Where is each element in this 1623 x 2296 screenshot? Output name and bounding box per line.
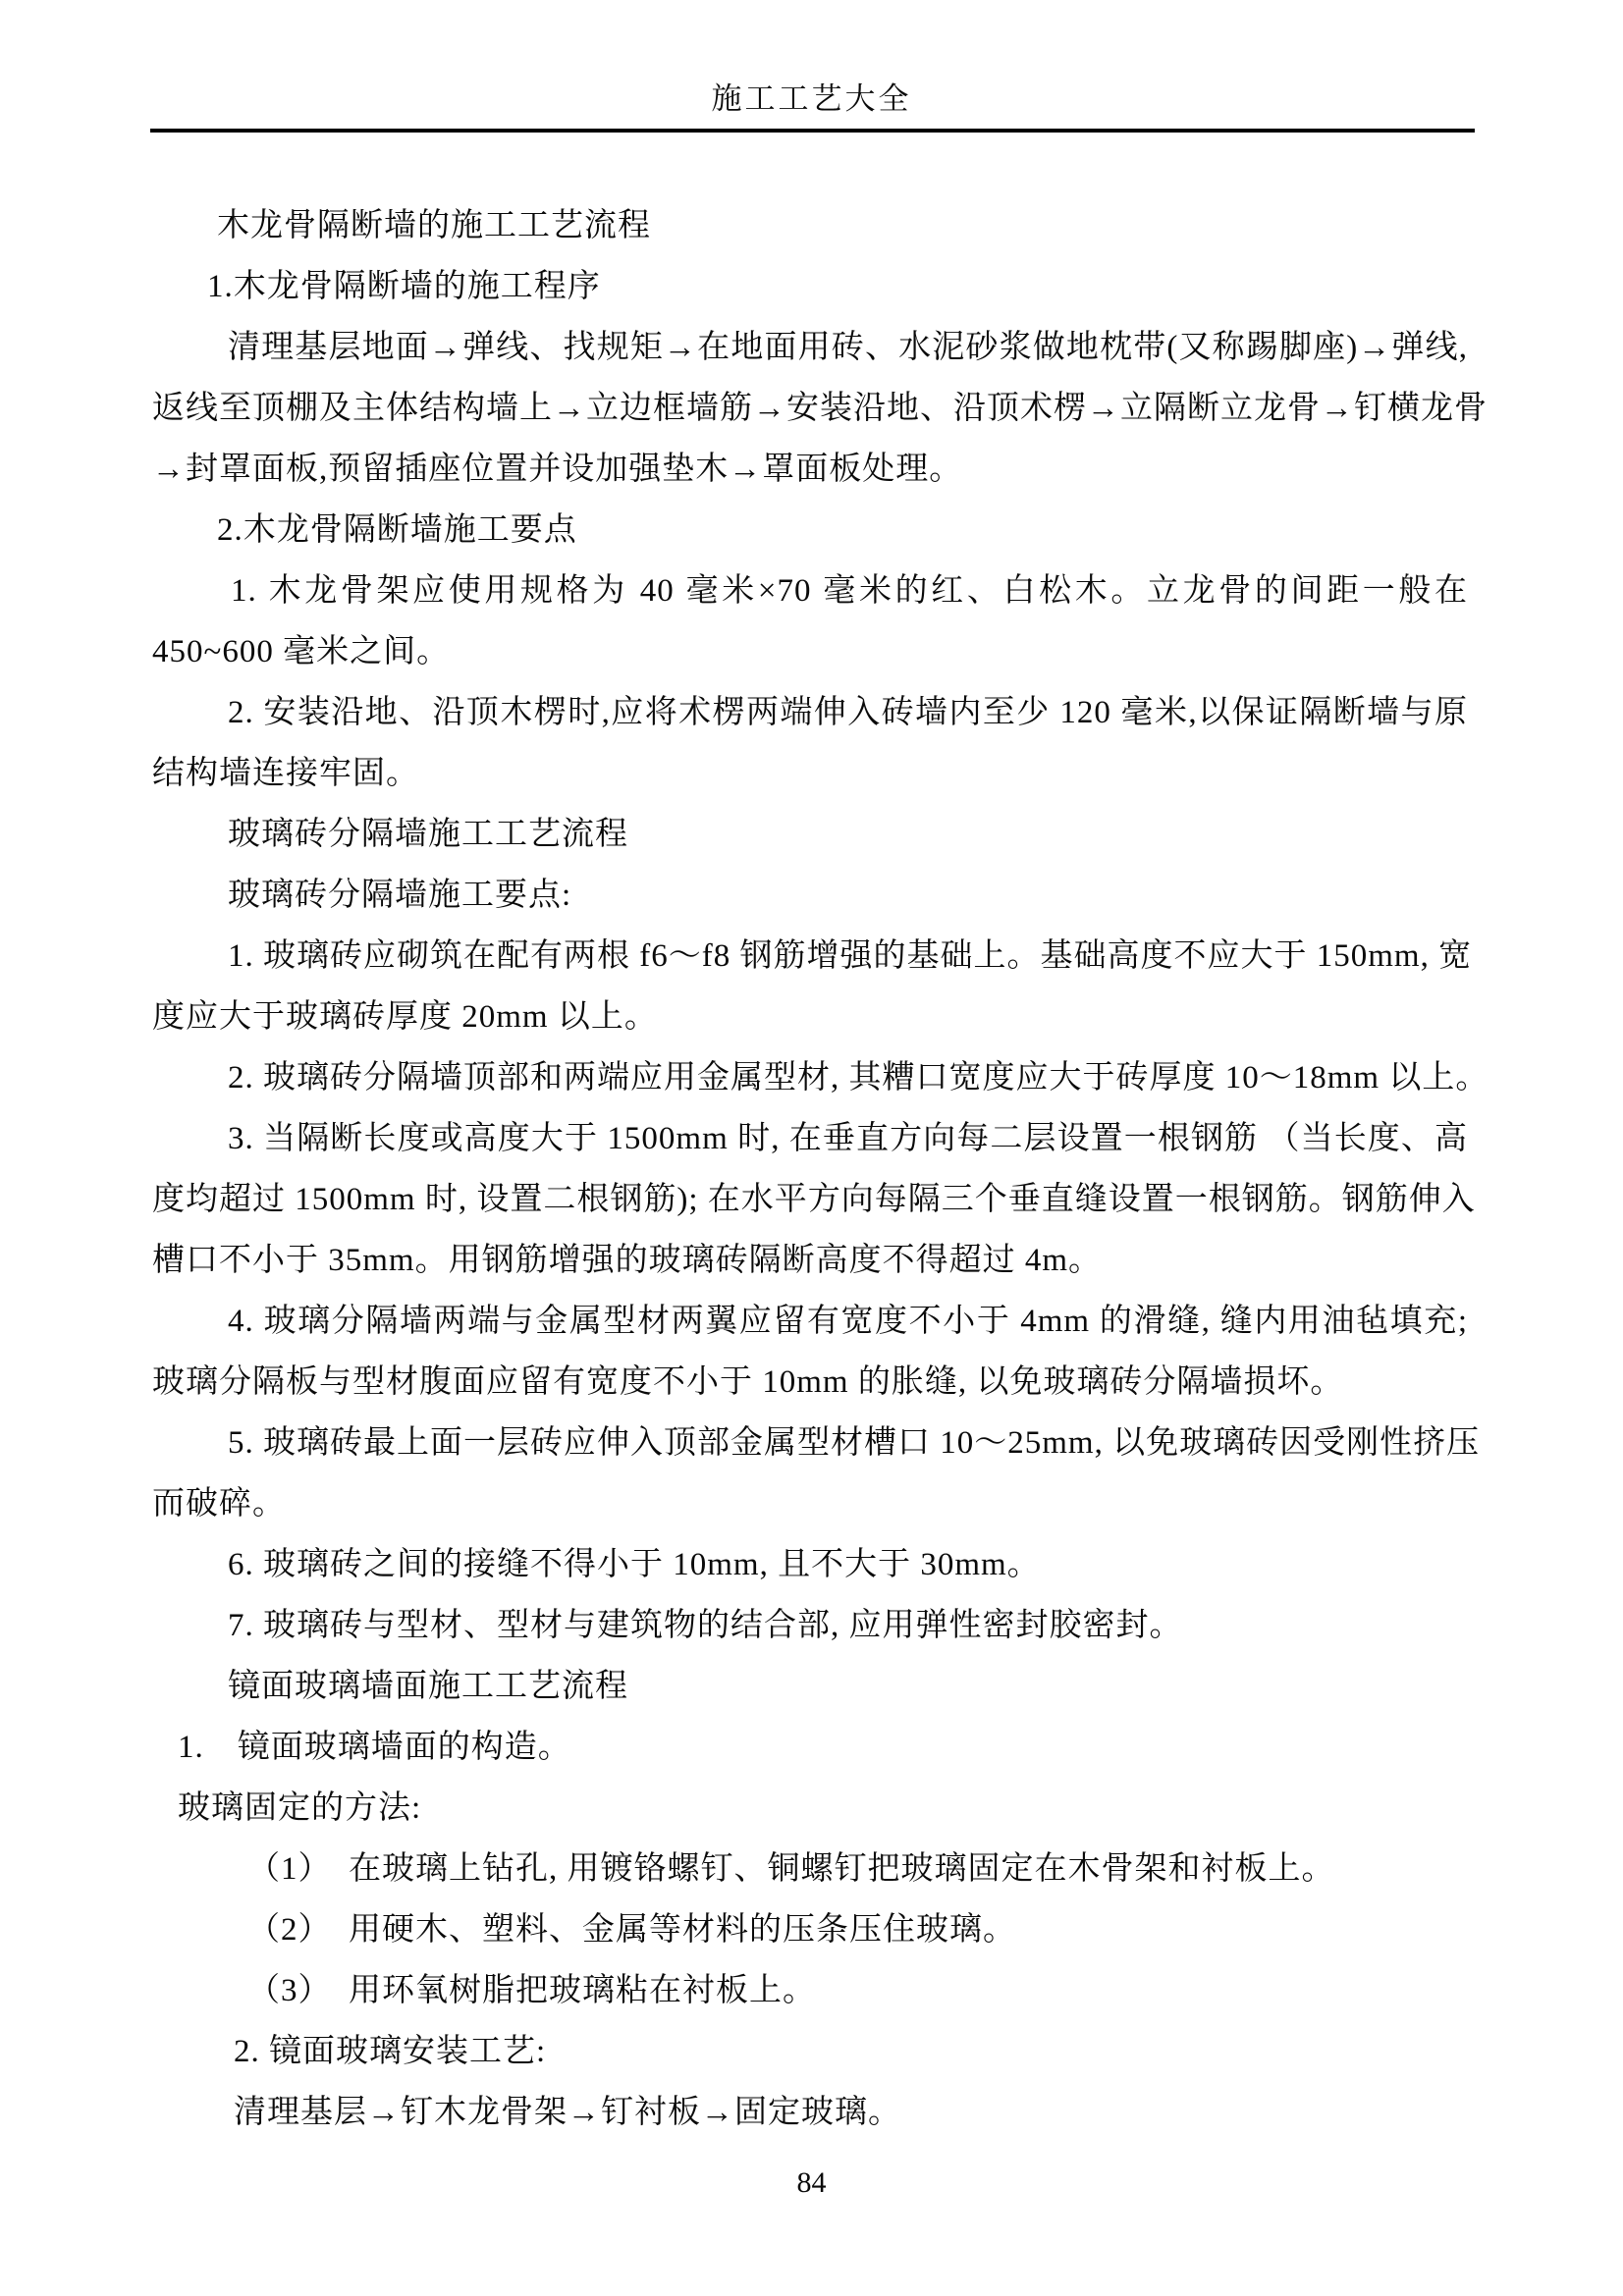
text-line: 1. 镜面玻璃墙面的构造。	[152, 1717, 1468, 1778]
text-line: 3. 当隔断长度或高度大于 1500mm 时, 在垂直方向每二层设置一根钢筋 （…	[152, 1108, 1468, 1169]
text-line: 度应大于玻璃砖厚度 20mm 以上。	[152, 987, 1468, 1047]
text-line: 玻璃砖分隔墙施工要点:	[152, 865, 1468, 926]
text-line: 清理基层→钉木龙骨架→钉衬板→固定玻璃。	[152, 2082, 1468, 2143]
text-line: 450~600 毫米之间。	[152, 621, 1468, 682]
text-line: 结构墙连接牢固。	[152, 743, 1468, 804]
text-line: 1. 木龙骨架应使用规格为 40 毫米×70 毫米的红、白松木。立龙骨的间距一般…	[152, 561, 1468, 621]
header-rule	[150, 129, 1475, 133]
text-line: （2） 用硬木、塑料、金属等材料的压条压住玻璃。	[152, 1899, 1468, 1960]
text-line: 2.木龙骨隔断墙施工要点	[152, 500, 1468, 561]
text-line: （1） 在玻璃上钻孔, 用镀铬螺钉、铜螺钉把玻璃固定在木骨架和衬板上。	[152, 1839, 1468, 1899]
text-line: 2. 安装沿地、沿顶木楞时,应将术楞两端伸入砖墙内至少 120 毫米,以保证隔断…	[152, 682, 1468, 743]
text-line: 玻璃分隔板与型材腹面应留有宽度不小于 10mm 的胀缝, 以免玻璃砖分隔墙损坏。	[152, 1352, 1468, 1413]
page-footer: 84	[0, 2165, 1623, 2201]
text-line: 5. 玻璃砖最上面一层砖应伸入顶部金属型材槽口 10～25mm, 以免玻璃砖因受…	[152, 1413, 1468, 1473]
text-line: 1.木龙骨隔断墙的施工程序	[152, 256, 1468, 317]
document-body: 木龙骨隔断墙的施工工艺流程 1.木龙骨隔断墙的施工程序 清理基层地面→弹线、找规…	[152, 195, 1468, 2143]
header-title: 施工工艺大全	[0, 80, 1623, 118]
text-line: 度均超过 1500mm 时, 设置二根钢筋); 在水平方向每隔三个垂直缝设置一根…	[152, 1169, 1468, 1230]
page-number: 84	[797, 2166, 827, 2199]
text-line: 返线至顶棚及主体结构墙上→立边框墙筋→安装沿地、沿顶术楞→立隔断立龙骨→钉横龙骨	[152, 378, 1468, 439]
text-line: 4. 玻璃分隔墙两端与金属型材两翼应留有宽度不小于 4mm 的滑缝, 缝内用油毡…	[152, 1291, 1468, 1352]
text-line: 而破碎。	[152, 1473, 1468, 1534]
document-page: 施工工艺大全 木龙骨隔断墙的施工工艺流程 1.木龙骨隔断墙的施工程序 清理基层地…	[0, 0, 1623, 2296]
text-line: 1. 玻璃砖应砌筑在配有两根 f6～f8 钢筋增强的基础上。基础高度不应大于 1…	[152, 926, 1468, 987]
text-line: （3） 用环氧树脂把玻璃粘在衬板上。	[152, 1960, 1468, 2021]
text-line: 木龙骨隔断墙的施工工艺流程	[152, 195, 1468, 256]
text-line: 玻璃砖分隔墙施工工艺流程	[152, 804, 1468, 865]
text-line: 2. 镜面玻璃安装工艺:	[152, 2021, 1468, 2082]
text-line: 6. 玻璃砖之间的接缝不得小于 10mm, 且不大于 30mm。	[152, 1534, 1468, 1595]
text-line: 槽口不小于 35mm。用钢筋增强的玻璃砖隔断高度不得超过 4m。	[152, 1230, 1468, 1291]
text-line: 7. 玻璃砖与型材、型材与建筑物的结合部, 应用弹性密封胶密封。	[152, 1595, 1468, 1656]
text-line: →封罩面板,预留插座位置并设加强垫木→罩面板处理。	[152, 439, 1468, 500]
text-line: 2. 玻璃砖分隔墙顶部和两端应用金属型材, 其糟口宽度应大于砖厚度 10～18m…	[152, 1047, 1468, 1108]
text-line: 清理基层地面→弹线、找规矩→在地面用砖、水泥砂浆做地枕带(又称踢脚座)→弹线,	[152, 317, 1468, 378]
text-line: 玻璃固定的方法:	[152, 1778, 1468, 1839]
text-line: 镜面玻璃墙面施工工艺流程	[152, 1656, 1468, 1717]
